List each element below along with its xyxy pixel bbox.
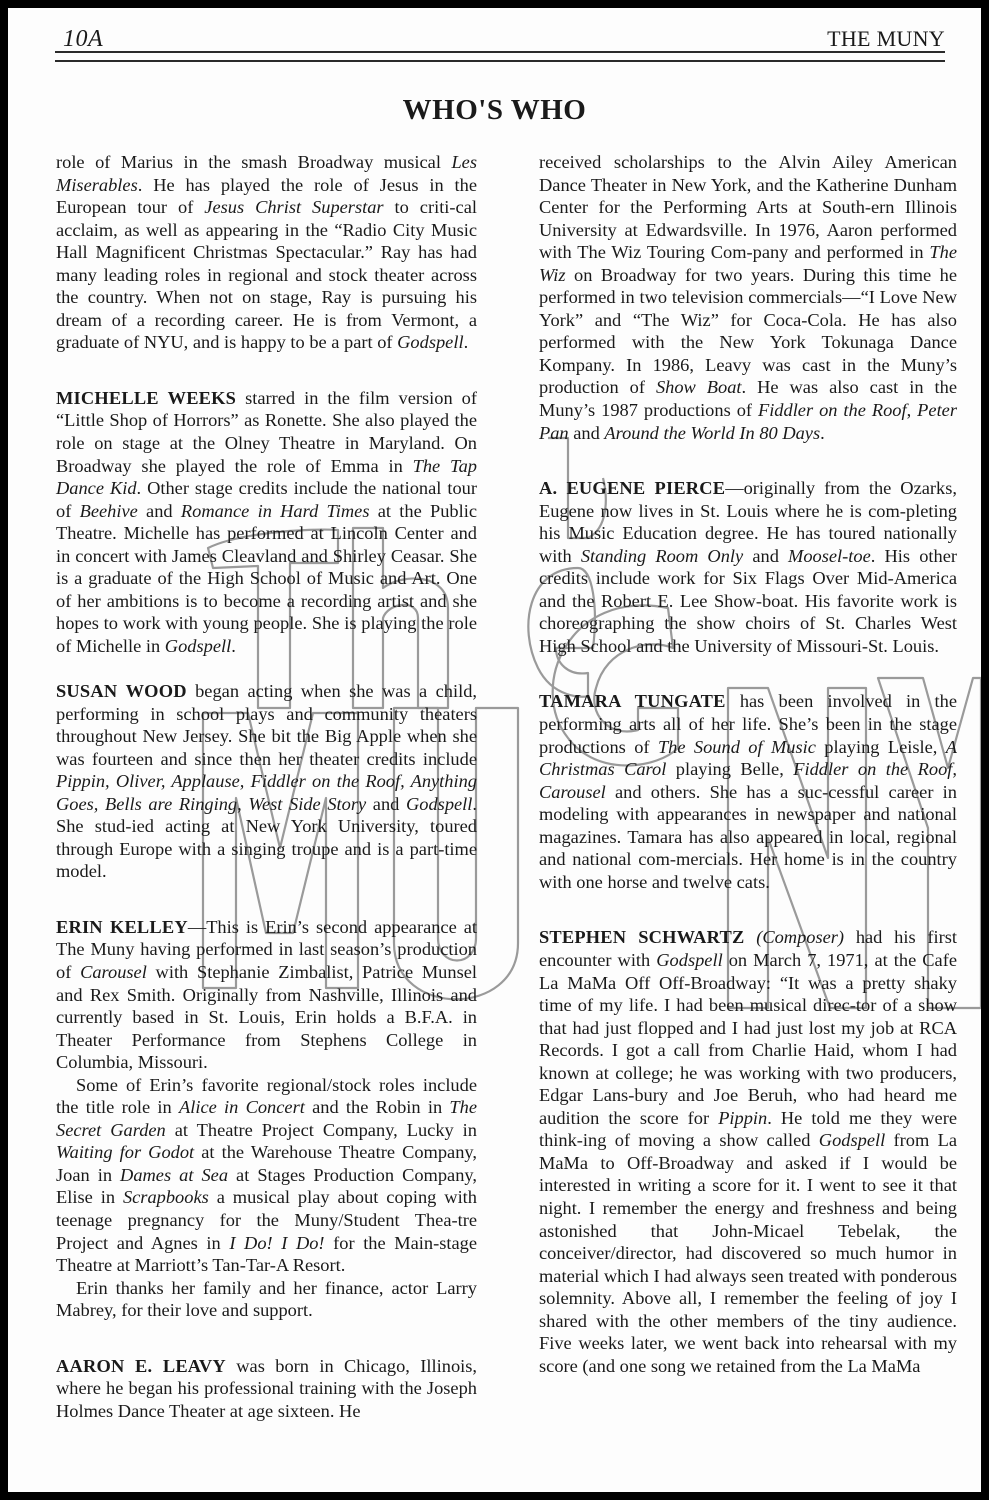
show-title: Pippin: [718, 1108, 767, 1128]
show-title: Jesus Christ Superstar: [204, 197, 383, 217]
show-title: I Do! I Do!: [229, 1233, 324, 1253]
show-title: Beehive: [80, 501, 138, 521]
bio-michelle-weeks: MICHELLE WEEKS starred in the film versi…: [56, 387, 477, 658]
show-title: Godspell: [397, 332, 463, 352]
performer-name: STEPHEN SCHWARTZ: [539, 927, 744, 947]
show-title: Godspell: [656, 950, 722, 970]
bio-susan-wood: SUSAN WOOD began acting when she was a c…: [56, 680, 477, 883]
performer-name: A. EUGENE PIERCE: [539, 478, 725, 498]
performer-name: AARON E. LEAVY: [56, 1356, 226, 1376]
bio-text: .: [820, 423, 825, 443]
bio-text: and: [366, 794, 406, 814]
performer-name: TAMARA TUNGATE: [539, 691, 726, 711]
show-title: Scrapbooks: [123, 1187, 209, 1207]
page-title: WHO'S WHO: [8, 94, 981, 127]
show-title: Moosel-toe: [788, 546, 871, 566]
running-head: 10A THE MUNY: [55, 26, 945, 52]
bio-text: and: [138, 501, 181, 521]
show-title: Around the World In 80 Days: [604, 423, 820, 443]
bio-tamara-tungate: TAMARA TUNGATE has been involved in the …: [539, 690, 957, 893]
bio-text: at Theatre Project Company, Lucky in: [166, 1120, 477, 1140]
show-title: Godspell: [165, 636, 231, 656]
bio-text: playing Belle,: [666, 759, 793, 779]
show-title: The Sound of Music: [658, 737, 816, 757]
bio-aaron-leavy: AARON E. LEAVY was born in Chicago, Illi…: [56, 1355, 477, 1423]
bio-text: from La MaMa to Off-Broadway and asked i…: [539, 1130, 957, 1375]
left-column: role of Marius in the smash Broadway mus…: [56, 151, 477, 1422]
right-column: received scholarships to the Alvin Ailey…: [539, 151, 957, 1377]
show-title: Romance in Hard Times: [181, 501, 370, 521]
show-title: Godspell: [819, 1130, 885, 1150]
bio-text: received scholarships to the Alvin Ailey…: [539, 152, 957, 262]
bio-stephen-schwartz: STEPHEN SCHWARTZ (Composer) had his firs…: [539, 926, 957, 1377]
performer-name: MICHELLE WEEKS: [56, 388, 236, 408]
bio-text: .: [231, 636, 236, 656]
bio-text: and the Robin in: [305, 1097, 450, 1117]
bio-text: .: [464, 332, 469, 352]
header-rule-top: [55, 51, 945, 53]
show-title: Fiddler on the Roof: [758, 400, 907, 420]
show-title: Dames at Sea: [120, 1165, 228, 1185]
performer-name: SUSAN WOOD: [56, 681, 187, 701]
show-title: Waiting for Godot: [56, 1142, 194, 1162]
show-title: Standing Room Only: [581, 546, 743, 566]
bio-text: to criti-cal acclaim, as well as appeari…: [56, 197, 477, 352]
bio-text: playing Leisle,: [816, 737, 946, 757]
performer-name: ERIN KELLEY: [56, 917, 188, 937]
show-title: Alice in Concert: [179, 1097, 305, 1117]
bio-ray-continued: role of Marius in the smash Broadway mus…: [56, 151, 477, 354]
bio-erin-kelley: ERIN KELLEY—This is Erin’s second appear…: [56, 916, 477, 1322]
program-page: 10A THE MUNY WHO'S WHO role of Marius in…: [8, 8, 981, 1492]
bio-text: on March 7, 1971, at the Cafe La MaMa Of…: [539, 950, 957, 1128]
publication-name: THE MUNY: [827, 26, 945, 52]
bio-text: ,: [907, 400, 918, 420]
page-number: 10A: [63, 26, 103, 53]
bio-text: Erin thanks her family and her finance, …: [56, 1278, 477, 1321]
bio-text: and: [569, 423, 605, 443]
bio-text: and: [743, 546, 788, 566]
bio-text: at the Public Theatre. Michelle has perf…: [56, 501, 477, 656]
show-title: Godspell: [406, 794, 472, 814]
bio-text: role of Marius in the smash Broadway mus…: [56, 152, 451, 172]
bio-eugene-pierce: A. EUGENE PIERCE—originally from the Oza…: [539, 477, 957, 657]
show-title: Carousel: [80, 962, 147, 982]
show-title: Show Boat: [656, 377, 742, 397]
bio-aaron-leavy-continued: received scholarships to the Alvin Ailey…: [539, 151, 957, 444]
header-rule-bottom: [55, 60, 945, 62]
credit-role: (Composer): [756, 927, 844, 947]
